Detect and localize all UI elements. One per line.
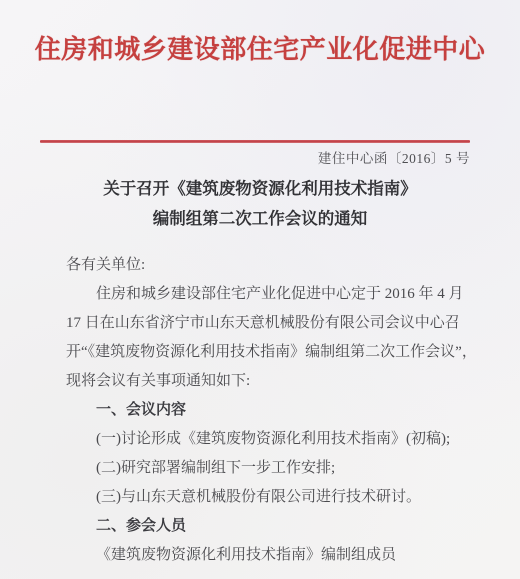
participants-line: 《建筑废物资源化利用技术指南》编制组成员 [66,541,460,570]
body-line: 17 日在山东省济宁市山东天意机械股份有限公司会议中心召 [66,309,460,338]
section-item: (一)讨论形成《建筑废物资源化利用技术指南》(初稿); [66,425,460,454]
notice-title: 关于召开《建筑废物资源化利用技术指南》 编制组第二次工作会议的通知 [0,174,520,234]
section-item: (二)研究部署编制组下一步工作安排; [66,454,460,483]
letterhead-divider [40,140,470,143]
notice-title-line2: 编制组第二次工作会议的通知 [0,204,520,234]
notice-title-line1: 关于召开《建筑废物资源化利用技术指南》 [0,174,520,204]
section-item: (三)与山东天意机械股份有限公司进行技术研讨。 [66,483,460,512]
letterhead-org-name: 住房和城乡建设部住宅产业化促进中心 [0,29,520,66]
body-line: 现将会议有关事项通知如下: [66,367,460,396]
body-line: 住房和城乡建设部住宅产业化促进中心定于 2016 年 4 月 [66,280,460,309]
notice-body: 各有关单位: 住房和城乡建设部住宅产业化促进中心定于 2016 年 4 月 17… [66,251,460,570]
section-heading-participants: 二、参会人员 [66,512,460,541]
body-line: 开“《建筑废物资源化利用技术指南》编制组第二次工作会议”， [66,338,460,367]
salutation: 各有关单位: [66,251,460,280]
doc-number: 建住中心函〔2016〕5 号 [0,147,470,167]
section-heading-meeting-content: 一、会议内容 [66,396,460,425]
document-page: 住房和城乡建设部住宅产业化促进中心 建住中心函〔2016〕5 号 关于召开《建筑… [0,0,520,579]
